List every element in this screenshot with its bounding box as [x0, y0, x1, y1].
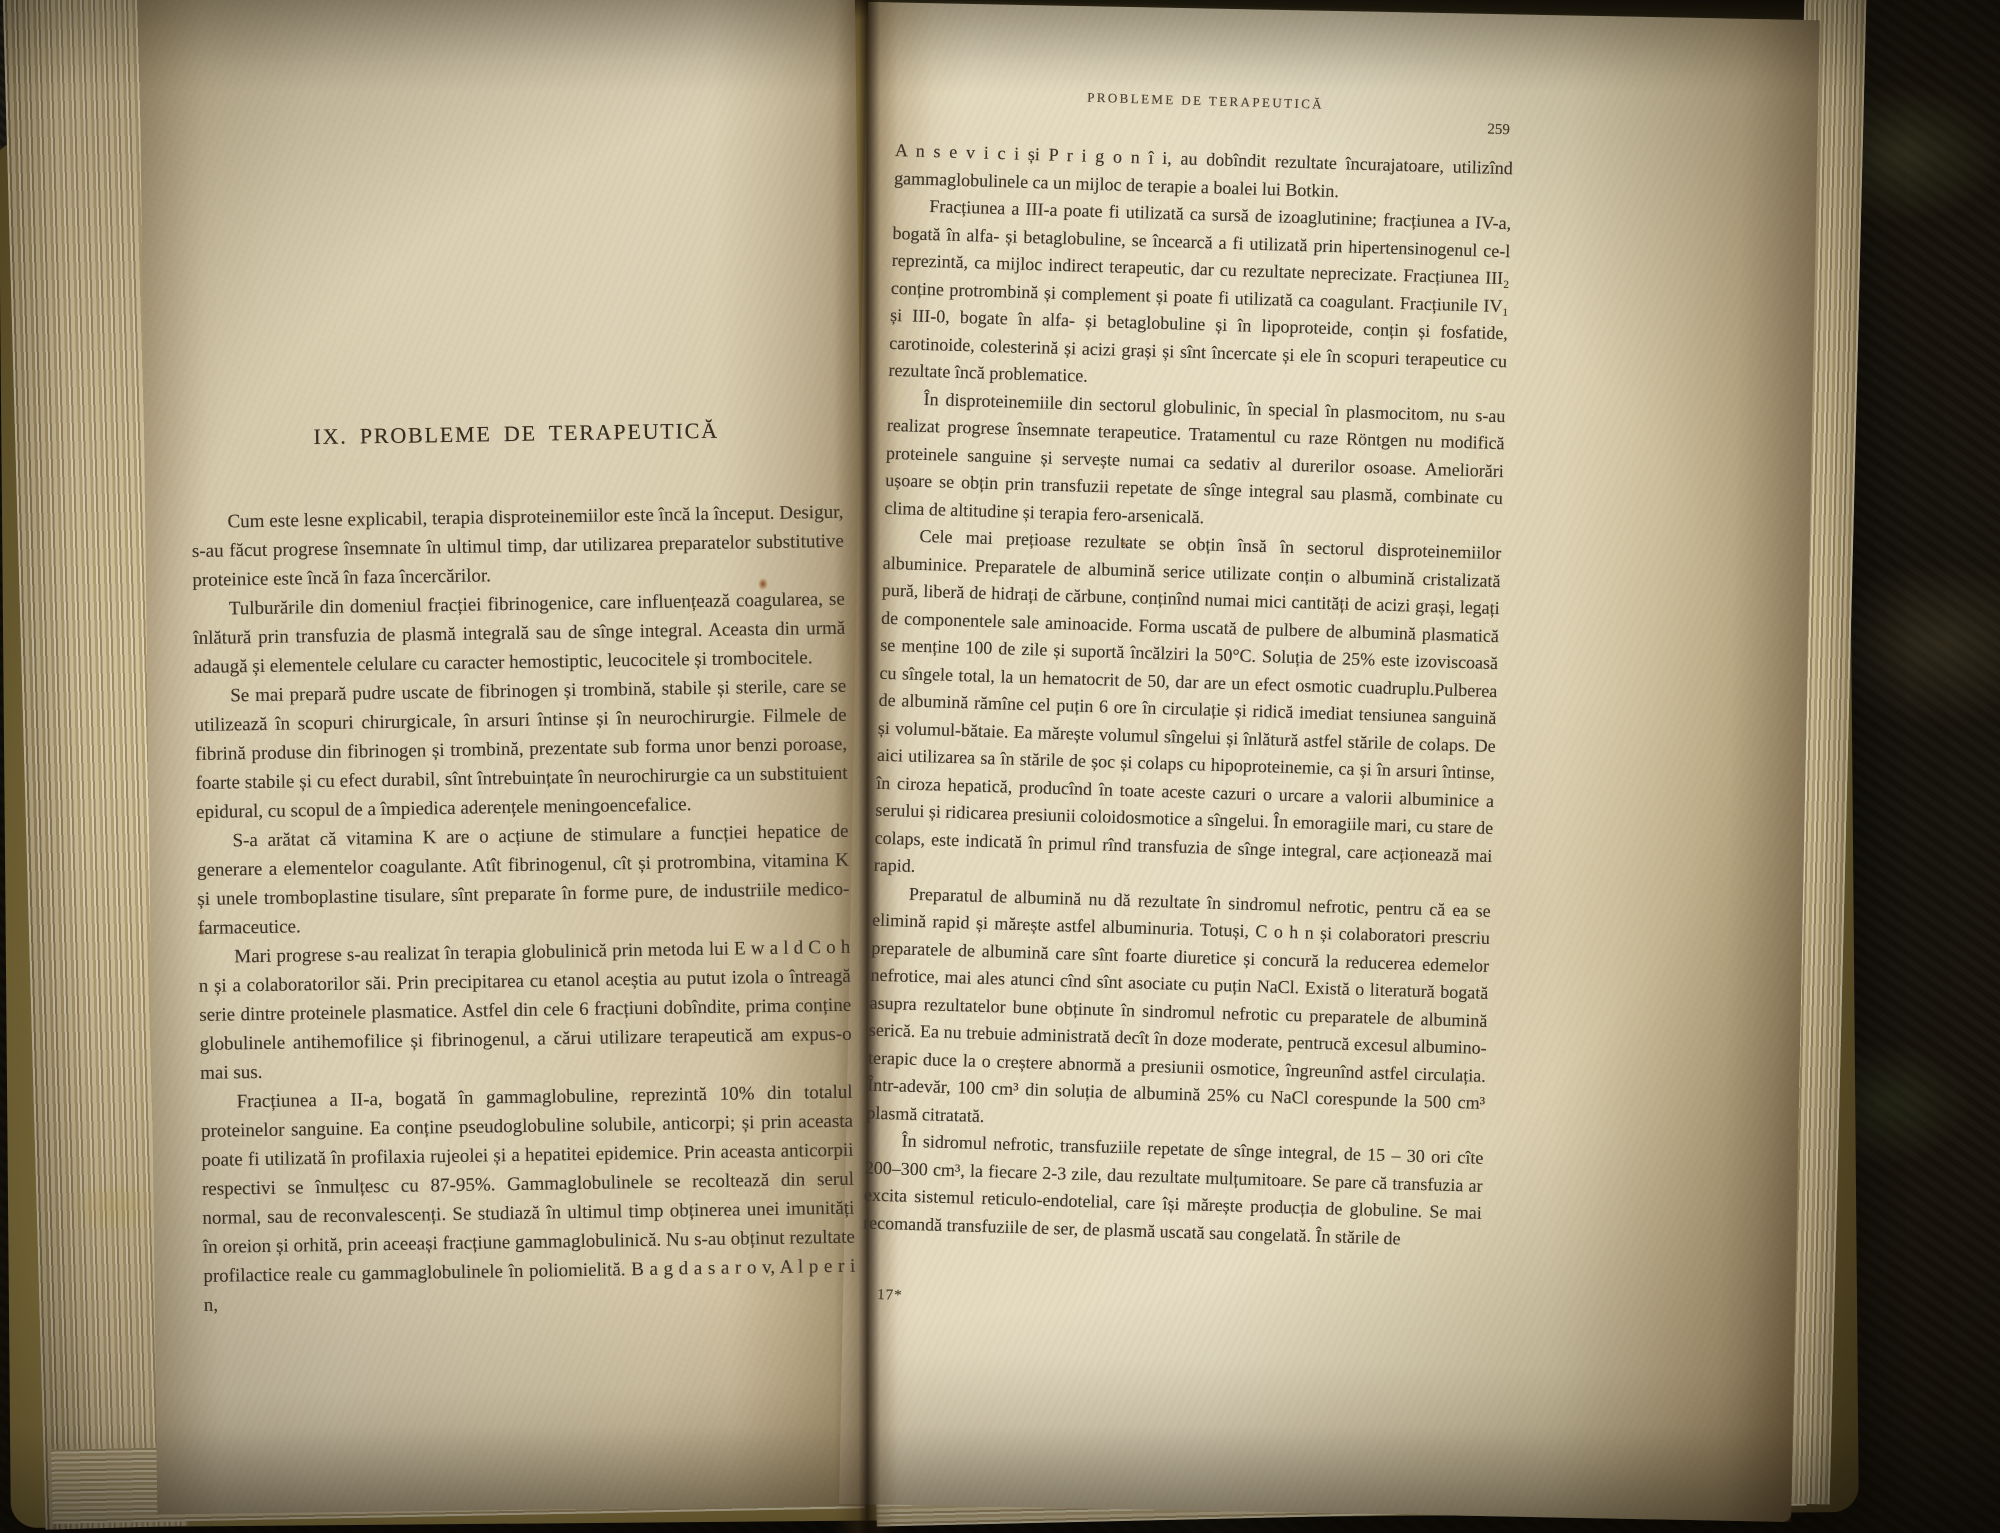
paragraph: Cele mai prețioase rezultate se obțin în… — [873, 522, 1501, 898]
paragraph: Fracțiunea a II-a, bogată în gammaglobul… — [200, 1078, 856, 1320]
paragraph: Mari progrese s-au realizat în terapia g… — [198, 933, 852, 1088]
paragraph: Se mai prepară pudre uscate de fibrinoge… — [194, 672, 848, 827]
paragraph: S-a arătat că vitamina K are o acțiune d… — [196, 817, 850, 943]
paragraph: Preparatul de albumină nu dă rezultate î… — [866, 879, 1491, 1145]
left-page-paragraphs: Cum este lesne explicabil, terapia dispr… — [191, 498, 856, 1320]
paragraph: Fracțiunea a III-a poate fi utilizată ca… — [888, 192, 1511, 403]
paragraph: În disproteinemiile din sectorul globuli… — [884, 384, 1506, 540]
right-page-paragraphs: A n s e v i c i și P r i g o n î i, au d… — [863, 137, 1513, 1255]
left-page-text: IX. PROBLEME DE TERAPEUTICĂ Cum este les… — [190, 416, 856, 1320]
right-page-text: PROBLEME DE TERAPEUTICĂ 259 A n s e v i … — [861, 84, 1515, 1322]
open-book-photo: IX. PROBLEME DE TERAPEUTICĂ Cum este les… — [0, 0, 2000, 1533]
paragraph: În sidromul nefrotic, transfuziile repet… — [863, 1127, 1484, 1255]
paragraph: Cum este lesne explicabil, terapia dispr… — [191, 498, 844, 595]
paragraph: Tulburările din domeniul fracției fibrin… — [193, 585, 846, 682]
